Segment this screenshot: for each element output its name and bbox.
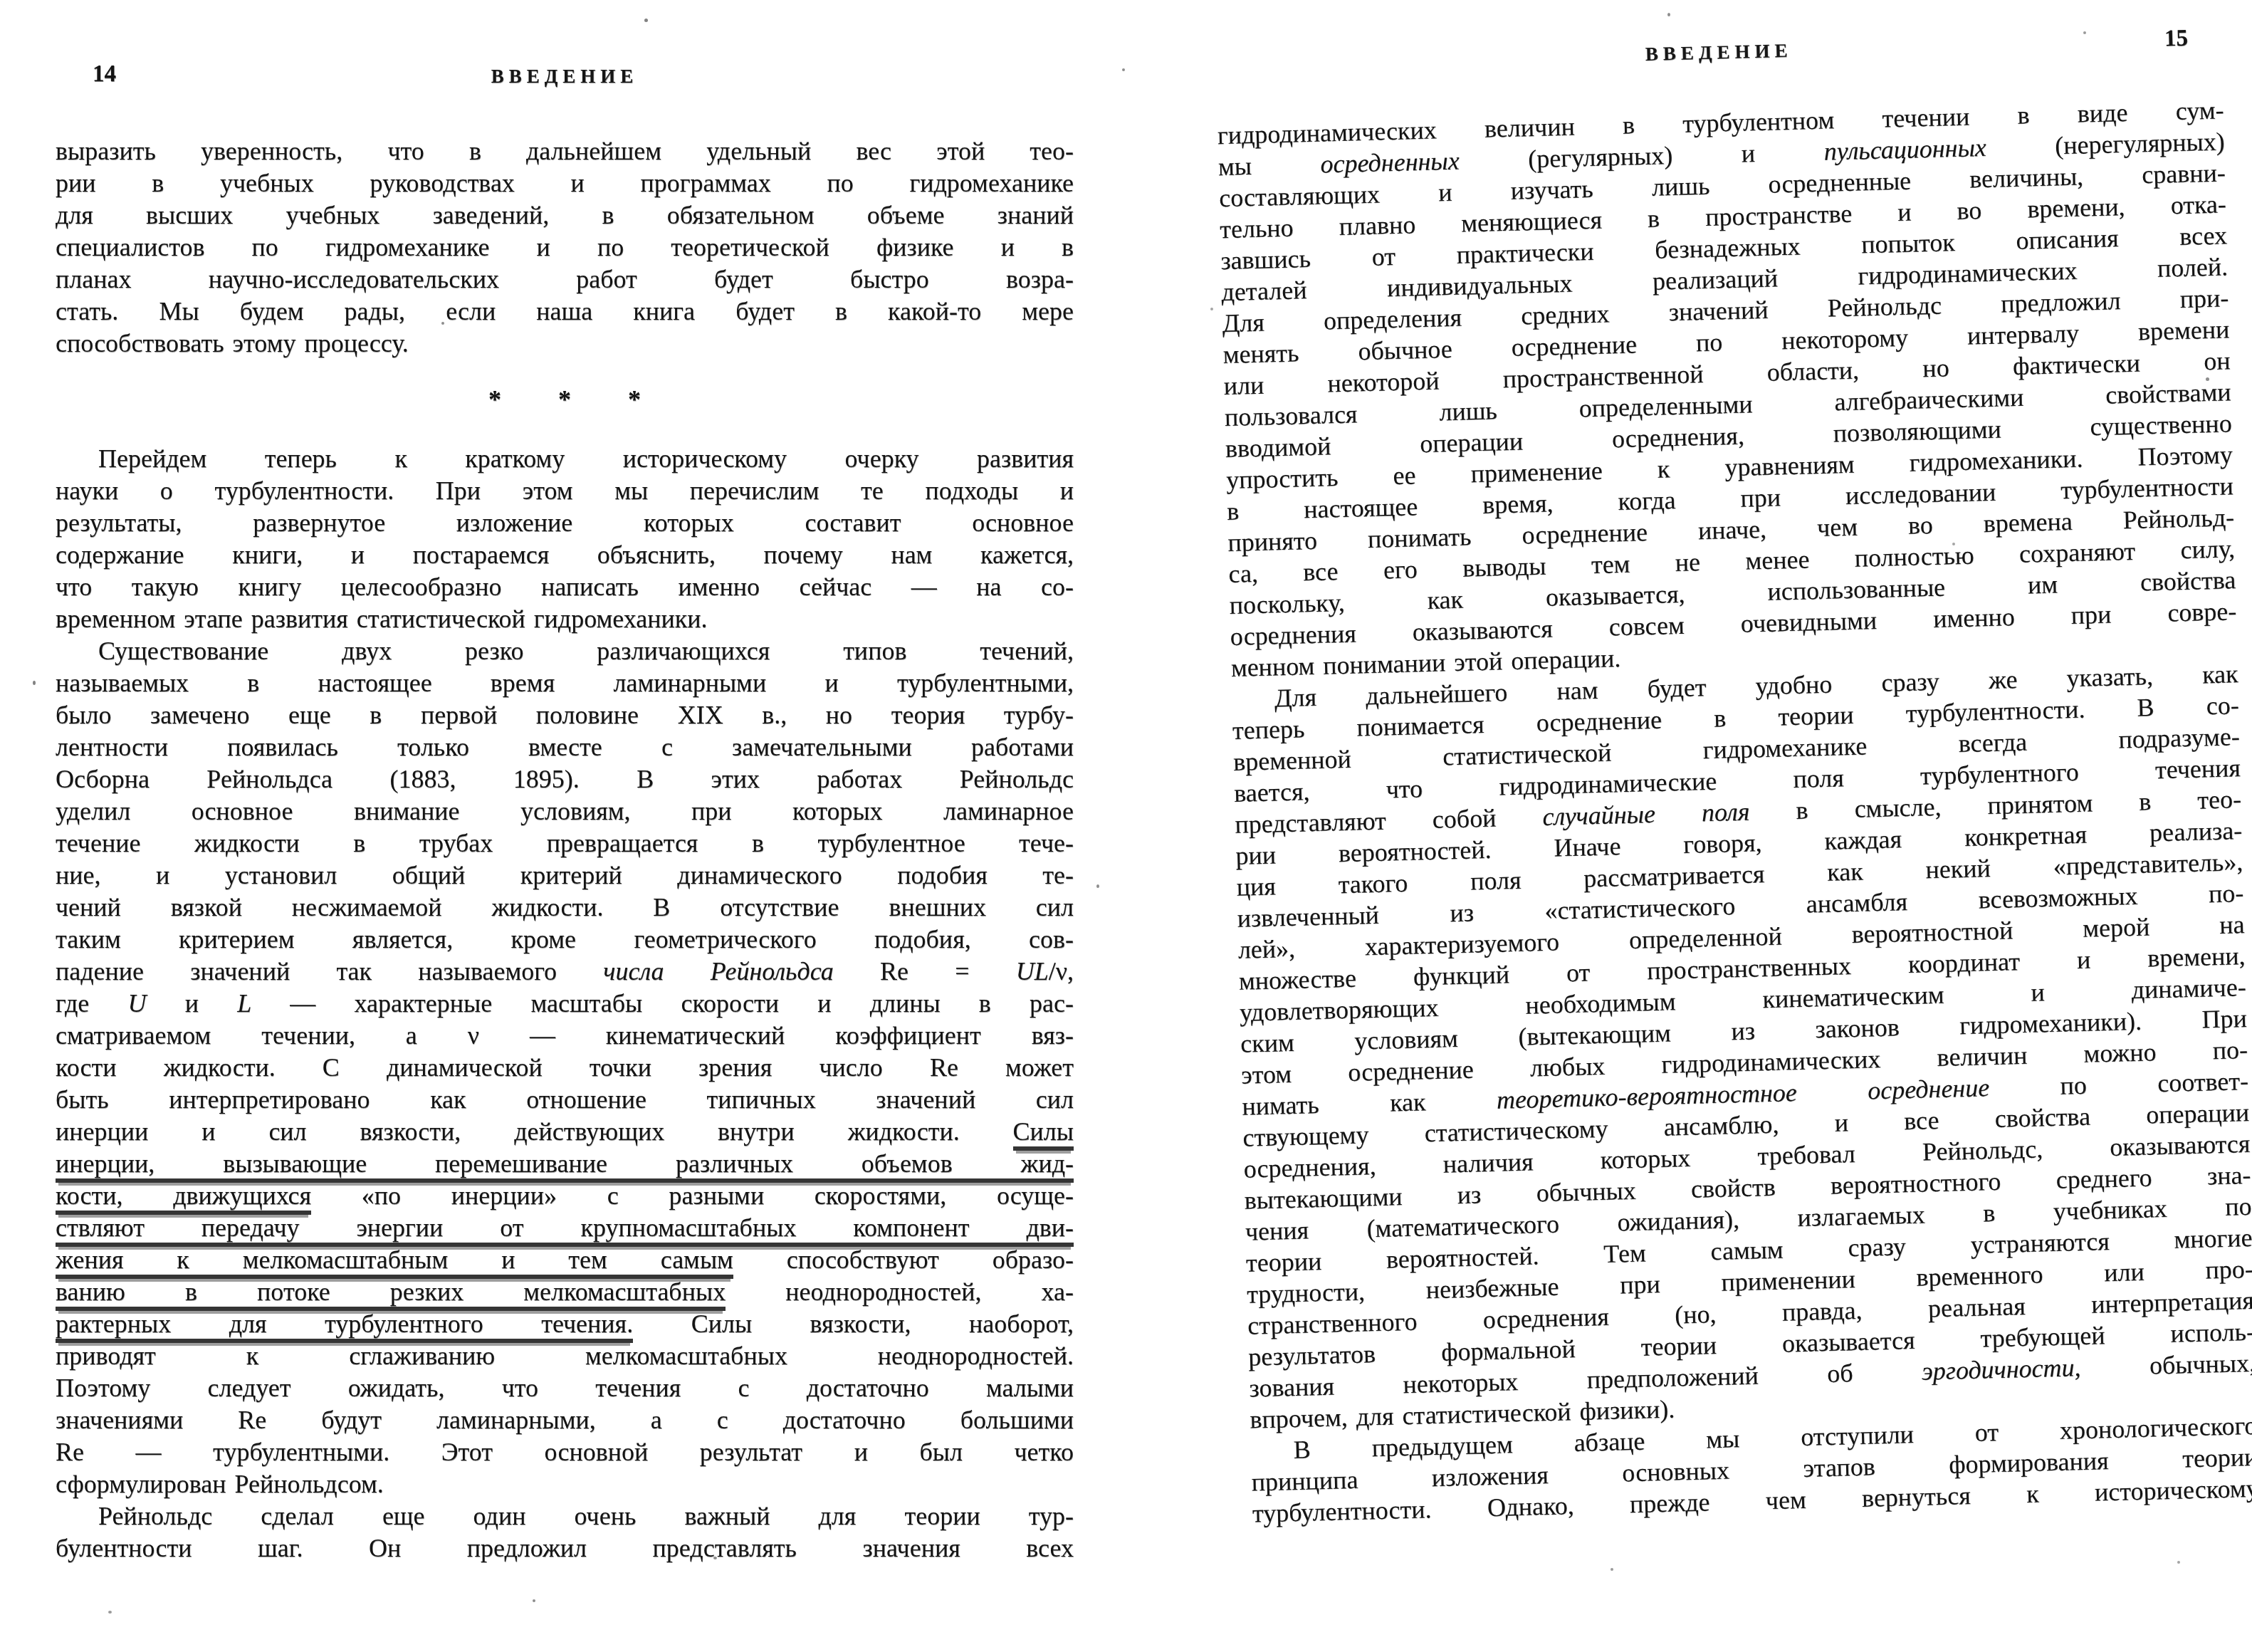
text-line: жения к мелкомасштабным и тем самым спос… — [56, 1244, 1074, 1276]
italic-text: осредненных — [1320, 147, 1460, 179]
text-line: кости жидкости. С динамической точки зре… — [56, 1052, 1074, 1084]
italic-text: числа Рейнольдса — [603, 957, 833, 986]
text-line: рактерных для турбулентного течения. Сил… — [56, 1308, 1074, 1340]
section-separator: * * * — [56, 384, 1074, 416]
italic-text: пульсационных — [1823, 133, 1986, 166]
left-page-header: 14 ВВЕДЕНИЕ — [56, 66, 1074, 98]
right-page: 15 ВВЕДЕНИЕ гидродинамических величин в … — [1215, 28, 2252, 1529]
scan-speck — [108, 1611, 112, 1614]
scan-speck — [713, 1557, 717, 1559]
text-line: науки о турбулентности. При этом мы пере… — [56, 475, 1074, 507]
pencil-underline: рактерных для турбулентного течения. — [56, 1309, 633, 1343]
text-line: где U и L — характерные масштабы скорост… — [56, 988, 1074, 1020]
text-line: содержание книги, и постараемся объяснит… — [56, 539, 1074, 571]
text-line: Рейнольдс сделал еще один очень важный д… — [56, 1500, 1074, 1532]
text-line: результаты, развернутое изложение которы… — [56, 507, 1074, 539]
text-line: выразить уверенность, что в дальнейшем у… — [56, 135, 1074, 167]
text-line: падение значений так называемого числа Р… — [56, 956, 1074, 988]
left-page: 14 ВВЕДЕНИЕ выразить уверенность, что в … — [56, 66, 1074, 1564]
running-title: ВВЕДЕНИЕ — [1215, 28, 2222, 76]
right-page-body: гидродинамических величин в турбулентном… — [1217, 94, 2252, 1529]
pencil-underline: инерции, вызывающие перемешивание различ… — [56, 1149, 1074, 1183]
scan-speck — [2083, 31, 2086, 34]
text-line: стать. Мы будем рады, если наша книга бу… — [56, 296, 1074, 328]
text-line: для высших учебных заведений, в обязател… — [56, 199, 1074, 231]
text-line: уделил основное внимание условиям, при к… — [56, 795, 1074, 827]
text-line: планах научно-исследовательских работ бу… — [56, 263, 1074, 296]
left-page-body: выразить уверенность, что в дальнейшем у… — [56, 135, 1074, 1564]
scan-speck — [1210, 308, 1213, 310]
text-line: Осборна Рейнольдса (1883, 1895). В этих … — [56, 763, 1074, 795]
scan-speck — [1122, 68, 1125, 71]
pencil-underline: жения к мелкомасштабным и тем самым — [56, 1245, 733, 1279]
text-line: Поэтому следует ожидать, что течения с д… — [56, 1372, 1074, 1404]
text-line: лентности появилась только вместе с заме… — [56, 731, 1074, 763]
pencil-underline: ствляют передачу энергии от крупномасшта… — [56, 1213, 1074, 1247]
text-line: таким критерием является, кроме геометри… — [56, 924, 1074, 956]
text-line: ствляют передачу энергии от крупномасшта… — [56, 1212, 1074, 1244]
scan-speck — [1611, 1568, 1613, 1571]
text-line: называемых в настоящее время ламинарными… — [56, 667, 1074, 699]
text-line: приводят к сглаживанию мелкомасштабных н… — [56, 1340, 1074, 1372]
italic-text: UL — [1016, 957, 1049, 986]
text-line: течение жидкости в трубах превращается в… — [56, 827, 1074, 859]
scan-speck — [644, 19, 648, 22]
scan-speck — [533, 1599, 535, 1602]
italic-text: случайные поля — [1542, 798, 1750, 831]
scan-speck — [2206, 377, 2209, 381]
page-number: 15 — [2164, 26, 2188, 53]
text-line: инерции, вызывающие перемешивание различ… — [56, 1148, 1074, 1180]
right-page-header: 15 ВВЕДЕНИЕ — [1215, 28, 2223, 87]
pencil-underline: кости, движущихся — [56, 1181, 311, 1215]
italic-text: U — [127, 989, 146, 1018]
scan-speck — [1952, 543, 1955, 545]
text-line: Существование двух резко различающихся т… — [56, 635, 1074, 667]
scan-speck — [2177, 1561, 2180, 1564]
pencil-underline: ванию в потоке резких мелкомасштабных — [56, 1277, 726, 1311]
running-title: ВВЕДЕНИЕ — [56, 66, 1074, 88]
text-line: инерции и сил вязкости, действующих внут… — [56, 1116, 1074, 1148]
italic-text: L — [237, 989, 251, 1018]
text-line: кости, движущихся «по инерции» с разными… — [56, 1180, 1074, 1212]
pencil-underline: Силы — [1013, 1117, 1074, 1151]
text-line: булентности шаг. Он предложил представля… — [56, 1532, 1074, 1564]
italic-text: эргодичности, — [1921, 1353, 2081, 1386]
book-scan-sheet: 14 ВВЕДЕНИЕ выразить уверенность, что в … — [0, 0, 2252, 1652]
text-line: ние, и установил общий критерий динамиче… — [56, 859, 1074, 892]
text-line: временном этапе развития статистической … — [56, 603, 1074, 635]
text-line: значениями Re будут ламинарными, а с дос… — [56, 1404, 1074, 1436]
page-number: 14 — [93, 61, 116, 88]
scan-speck — [441, 322, 444, 325]
text-line: специалистов по гидромеханике и по теоре… — [56, 231, 1074, 263]
text-line: Перейдем теперь к краткому историческому… — [56, 443, 1074, 475]
scan-speck — [1667, 13, 1670, 16]
text-line: рии в учебных руководствах и программах … — [56, 167, 1074, 199]
scan-speck — [33, 681, 36, 685]
text-line: быть интерпретировано как отношение типи… — [56, 1084, 1074, 1116]
text-line: способствовать этому процессу. — [56, 328, 1074, 360]
text-line: сматриваемом течении, а ν — кинематическ… — [56, 1020, 1074, 1052]
text-line: чений вязкой несжимаемой жидкости. В отс… — [56, 892, 1074, 924]
text-line: было замечено еще в первой половине XIX … — [56, 699, 1074, 731]
text-line: Re — турбулентными. Этот основной резуль… — [56, 1436, 1074, 1468]
text-line: сформулирован Рейнольдсом. — [56, 1468, 1074, 1500]
text-line: ванию в потоке резких мелкомасштабных не… — [56, 1276, 1074, 1308]
scan-speck — [1096, 884, 1099, 888]
text-line: что такую книгу целесообразно написать и… — [56, 571, 1074, 603]
